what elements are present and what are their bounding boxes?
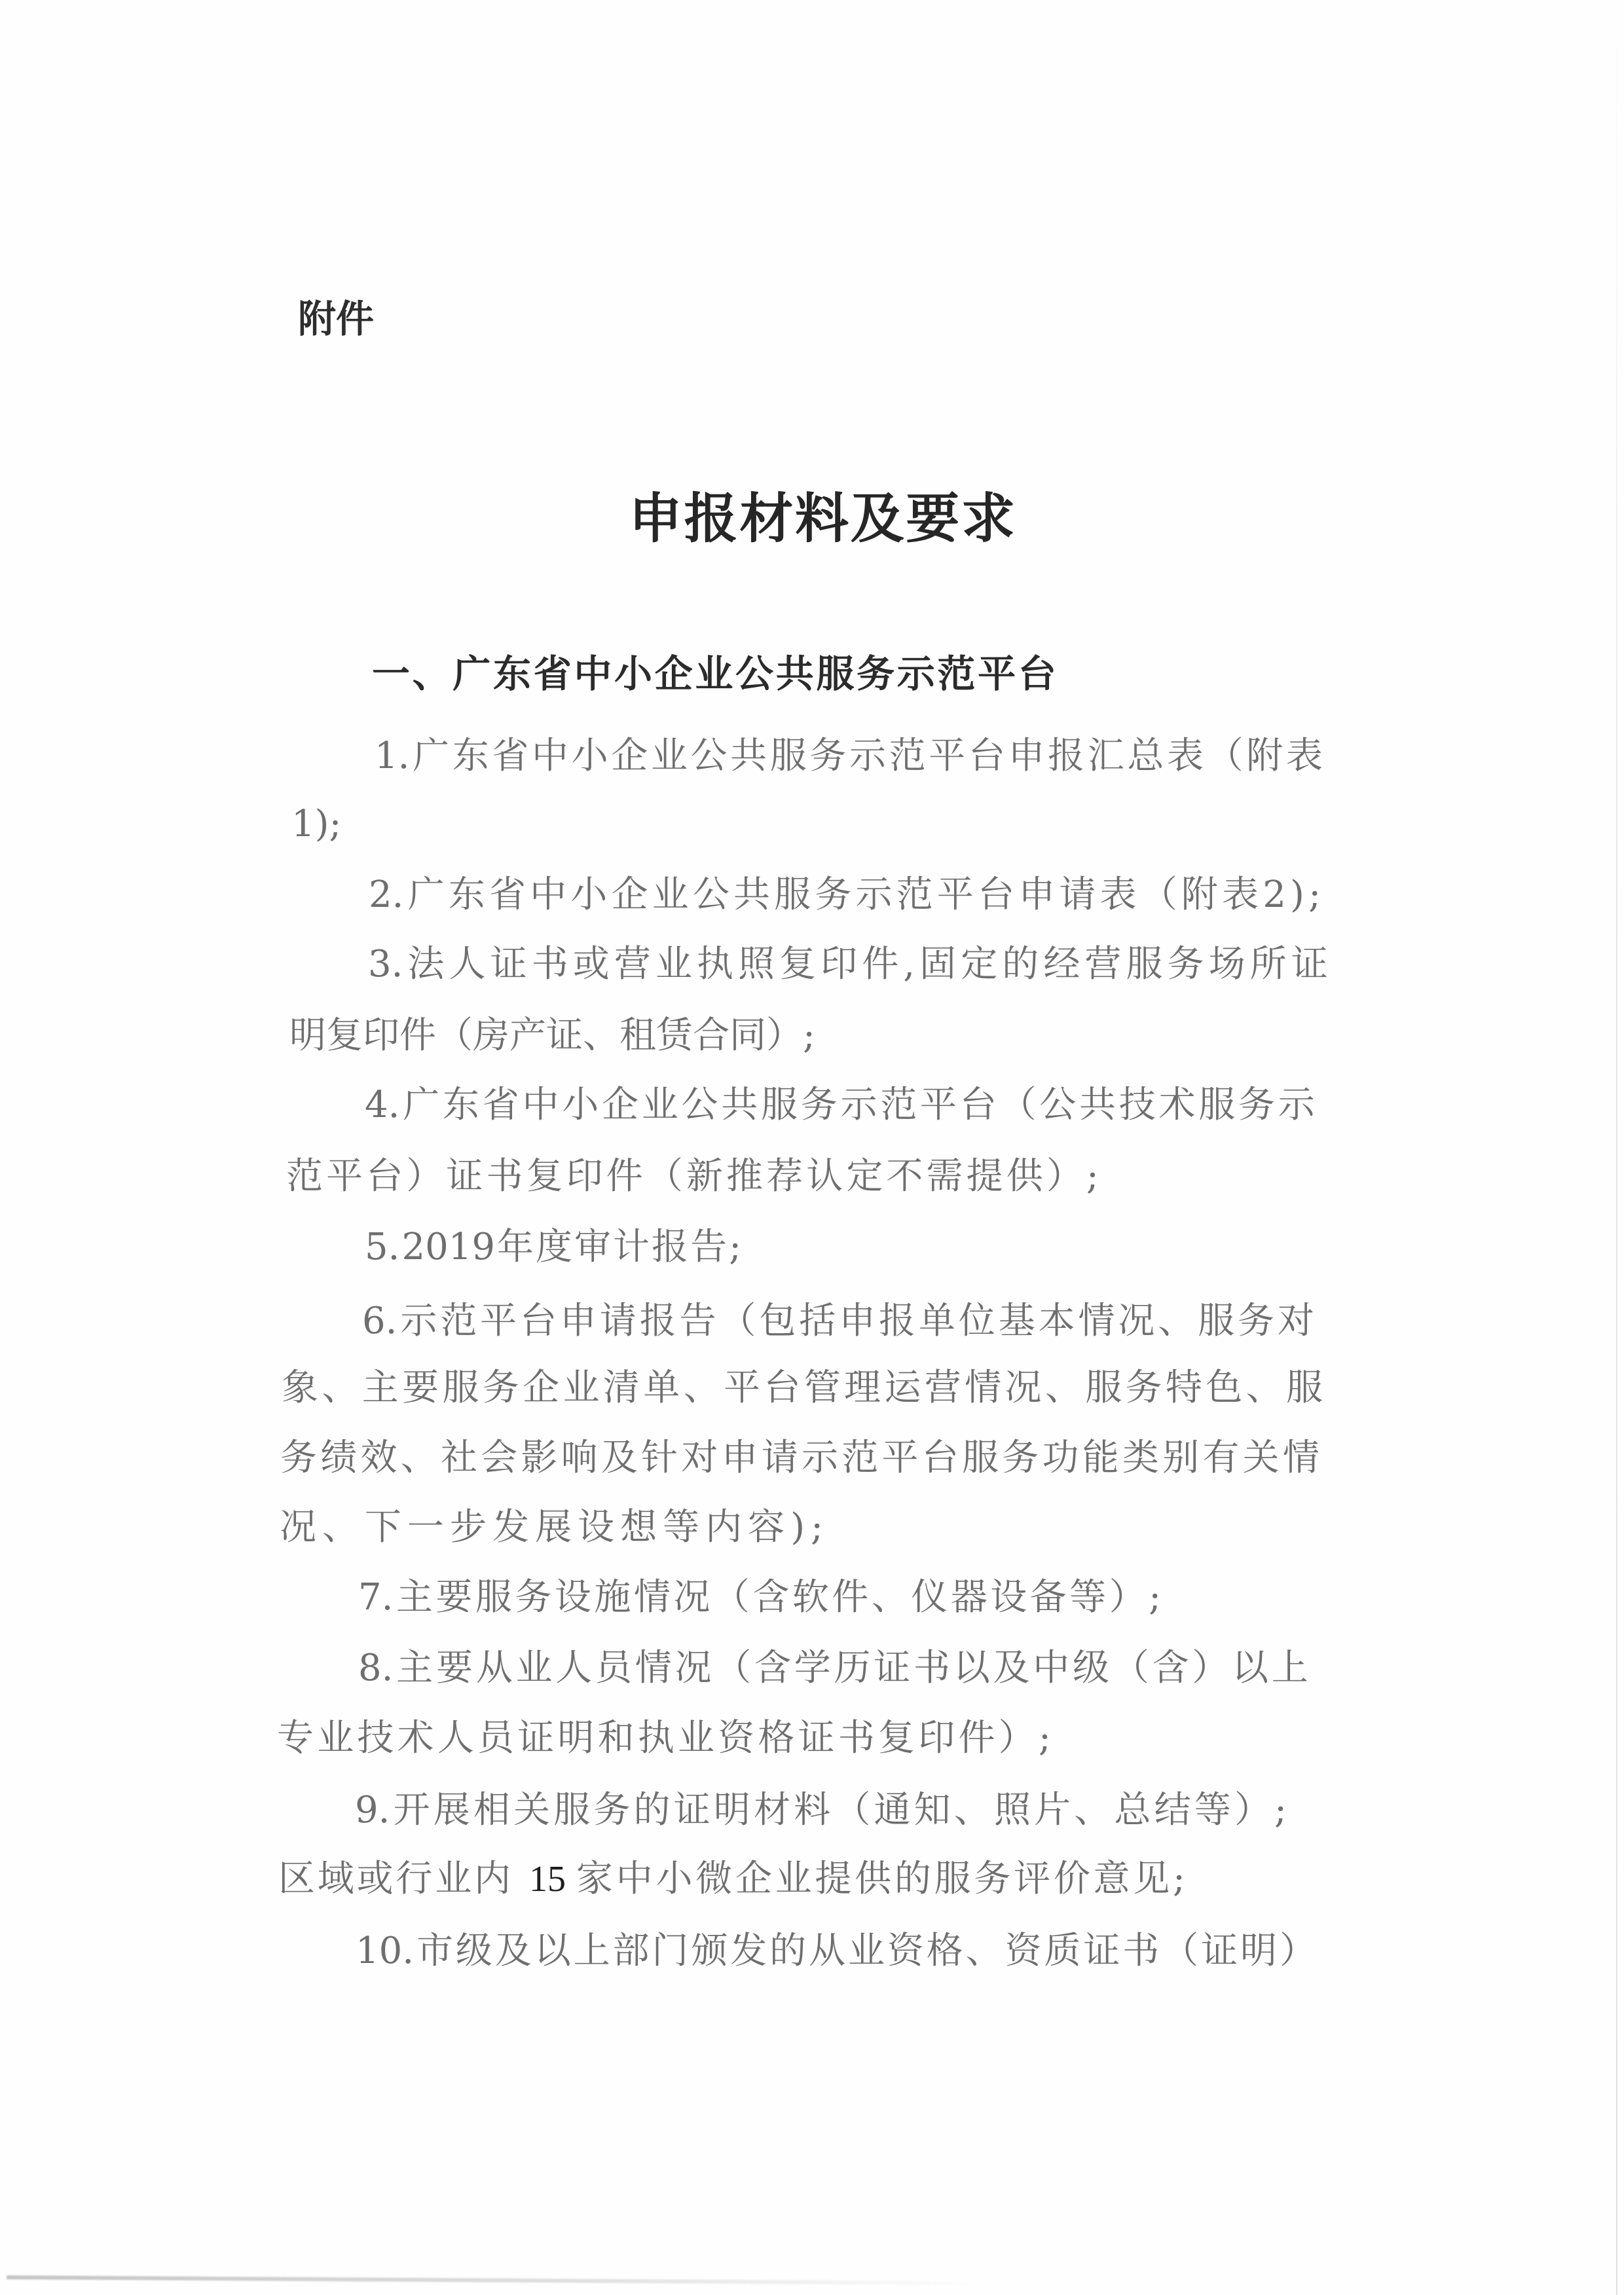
item-6-line-3: 务绩效、社会影响及针对申请示范平台服务功能类别有关情 [280,1435,1319,1481]
item-1-line-1: 1.广东省中小企业公共服务示范平台申报汇总表（附表 [375,733,1323,779]
item-9-line-1: 9.开展相关服务的证明材料（通知、照片、总结等）; [355,1788,1287,1833]
item-1-line-2: 1); [291,801,341,847]
company-count: 15 [529,1856,566,1902]
item-3-line-2: 明复印件（房产证、租赁合同）; [289,1013,709,1059]
item-10-line-1: 10.市级及以上部门颁发的从业资格、资质证书（证明） [356,1928,1316,1974]
item-3-line-1: 3.法人证书或营业执照复印件,固定的经营服务场所证 [368,942,1328,987]
item-2: 2.广东省中小企业公共服务示范平台申请表（附表2); [369,872,1321,918]
attachment-label: 附件 [298,296,374,342]
item-9-line-2b: 家中小微企业提供的服务评价意见; [576,1856,1185,1902]
document-title: 申报材料及要求 [629,487,1015,552]
item-5: 5.2019年度审计报告; [365,1224,741,1270]
scan-streak [7,2275,976,2285]
item-9-line-2a: 区域或行业内 [278,1856,511,1902]
item-6-line-1: 6.示范平台申请报告（包括申报单位基本情况、服务对 [362,1298,1314,1344]
document-page: 附件 申报材料及要求 一、广东省中小企业公共服务示范平台 1.广东省中小企业公共… [0,0,1624,2295]
item-8-line-2: 专业技术人员证明和执业资格证书复印件）; [277,1716,1051,1761]
section-heading: 一、广东省中小企业公共服务示范平台 [372,651,1056,697]
item-6-line-4: 况、下一步发展设想等内容); [280,1505,823,1551]
item-4-line-1: 4.广东省中小企业公共服务示范平台（公共技术服务示 [365,1082,1315,1128]
item-6-line-2: 象、主要服务企业清单、平台管理运营情况、服务特色、服 [282,1365,1323,1411]
item-8-line-1: 8.主要从业人员情况（含学历证书以及中级（含）以上 [358,1645,1308,1691]
item-4-line-2: 范平台）证书复印件（新推荐认定不需提供）; [286,1154,1099,1200]
item-7: 7.主要服务设施情况（含软件、仪器设备等）; [358,1575,1161,1621]
page-edge-line [1616,0,1617,2295]
